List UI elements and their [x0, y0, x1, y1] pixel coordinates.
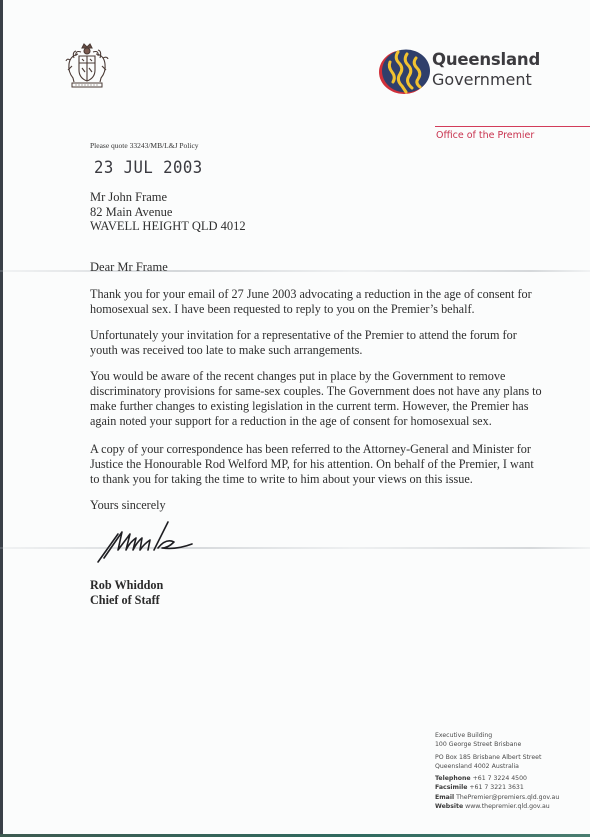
office-name: Office of the Premier — [436, 130, 534, 141]
closing: Yours sincerely — [90, 498, 166, 513]
paper-fold-line — [0, 270, 590, 272]
body-paragraph: Unfortunately your invitation for a repr… — [90, 328, 560, 358]
paragraph-line: A copy of your correspondence has been r… — [90, 442, 560, 457]
letterhead-rule — [435, 126, 590, 127]
footer-state: Queensland 4002 Australia — [435, 762, 559, 771]
body-paragraph: A copy of your correspondence has been r… — [90, 442, 560, 487]
signatory-name: Rob Whiddon — [90, 578, 163, 593]
recipient-street: 82 Main Avenue — [90, 205, 246, 220]
paragraph-line: youth was received too late to make such… — [90, 343, 560, 358]
paragraph-line: You would be aware of the recent changes… — [90, 369, 560, 384]
date-stamp: 23 JUL 2003 — [94, 158, 203, 178]
signatory: Rob Whiddon Chief of Staff — [90, 578, 163, 608]
footer-street: 100 George Street Brisbane — [435, 740, 559, 749]
paragraph-line: again noted your support for a reduction… — [90, 414, 560, 429]
footer-building: Executive Building — [435, 731, 559, 740]
footer-email[interactable]: Email ThePremier@premiers.qld.gov.au — [435, 793, 559, 802]
signature-icon — [96, 520, 206, 565]
queensland-government-logo-icon — [376, 46, 432, 96]
paragraph-line: discriminatory provisions for same-sex c… — [90, 384, 560, 399]
paragraph-line: Justice the Honourable Rod Welford MP, f… — [90, 457, 560, 472]
paragraph-line: Thank you for your email of 27 June 2003… — [90, 287, 560, 302]
recipient-city: WAVELL HEIGHT QLD 4012 — [90, 219, 246, 234]
footer-website[interactable]: Website www.thepremier.qld.gov.au — [435, 802, 559, 811]
org-sub: Government — [432, 72, 540, 88]
letter-page: Queensland Government Office of the Prem… — [0, 0, 590, 837]
footer-contact: Executive Building 100 George Street Bri… — [435, 731, 559, 811]
footer-telephone: Telephone +61 7 3224 4500 — [435, 774, 559, 783]
paragraph-line: make further changes to existing legisla… — [90, 399, 560, 414]
footer-facsimile: Facsimile +61 7 3221 3631 — [435, 783, 559, 792]
footer-po-box: PO Box 185 Brisbane Albert Street — [435, 753, 559, 762]
scan-left-edge — [0, 0, 3, 837]
paragraph-line: homosexual sex. I have been requested to… — [90, 302, 560, 317]
paragraph-line: Unfortunately your invitation for a repr… — [90, 328, 560, 343]
queensland-government-wordmark: Queensland Government — [432, 52, 540, 88]
signatory-title: Chief of Staff — [90, 593, 163, 608]
paper-fold-line — [0, 547, 590, 549]
paragraph-line: to thank you for taking the time to writ… — [90, 472, 560, 487]
body-paragraph: You would be aware of the recent changes… — [90, 369, 560, 429]
coat-of-arms-icon — [64, 42, 110, 90]
recipient-name: Mr John Frame — [90, 190, 246, 205]
quote-reference: Please quote 33243/MB/L&J Policy — [90, 141, 199, 150]
body-paragraph: Thank you for your email of 27 June 2003… — [90, 287, 560, 317]
salutation: Dear Mr Frame — [90, 260, 168, 275]
org-name: Queensland — [432, 52, 540, 69]
recipient-address: Mr John Frame 82 Main Avenue WAVELL HEIG… — [90, 190, 246, 234]
